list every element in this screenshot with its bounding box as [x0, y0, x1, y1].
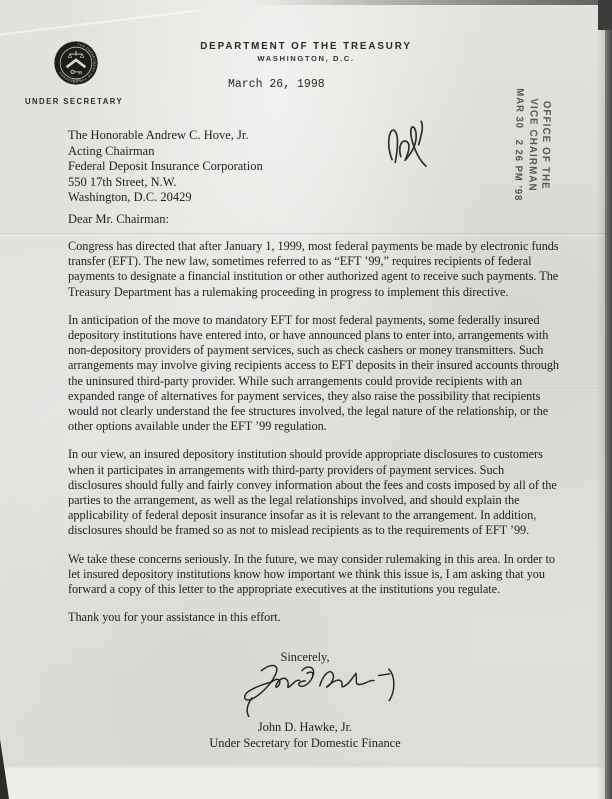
body-paragraph: In anticipation of the move to mandatory…: [68, 313, 560, 435]
department-city: WASHINGTON, D.C.: [0, 54, 612, 63]
stamp-office-line2: VICE CHAIRMAN: [525, 75, 540, 215]
scan-edge-right: [605, 0, 612, 799]
scanned-letter-page: THE DEPARTMENT OF THE TREASURY 1789 DEPA…: [0, 0, 612, 799]
recipient-address: The Honorable Andrew C. Hove, Jr. Acting…: [68, 128, 263, 206]
handwritten-initials-icon: [378, 113, 437, 184]
stamp-datetime: MAR 30 2 26 PM ’98: [510, 72, 528, 217]
signature-icon: [233, 655, 401, 717]
address-line: Federal Deposit Insurance Corporation: [68, 159, 263, 175]
scan-corner-bottom-left: [0, 739, 9, 799]
fold-crease-top: [0, 9, 199, 37]
department-title: DEPARTMENT OF THE TREASURY: [0, 41, 612, 52]
body-paragraph: In our view, an insured depository insti…: [68, 447, 560, 538]
scan-edge-top: [250, 0, 612, 5]
body-paragraph: Congress has directed that after January…: [68, 239, 560, 300]
under-secretary-label: UNDER SECRETARY: [25, 97, 123, 106]
address-line: Washington, D.C. 20429: [68, 190, 263, 206]
address-line: The Honorable Andrew C. Hove, Jr.: [68, 128, 263, 144]
signer-name: John D. Hawke, Jr.: [155, 720, 455, 735]
stamp-office-line1: OFFICE OF THE: [538, 75, 553, 215]
scan-bottom-strip: [0, 765, 605, 799]
salutation: Dear Mr. Chairman:: [68, 212, 169, 227]
signer-title: Under Secretary for Domestic Finance: [155, 736, 455, 751]
received-stamp: OFFICE OF THE VICE CHAIRMAN MAR 30 2 26 …: [505, 69, 554, 222]
seal-year-text: 1789: [72, 79, 80, 83]
scan-corner-top-right: [598, 0, 612, 30]
body-paragraph: We take these concerns seriously. In the…: [68, 552, 560, 598]
letter-date: March 26, 1998: [228, 78, 325, 91]
address-line: 550 17th Street, N.W.: [68, 175, 263, 191]
address-line: Acting Chairman: [68, 144, 263, 160]
scan-edge-shadow: [596, 0, 605, 799]
body-paragraph: Thank you for your assistance in this ef…: [68, 610, 560, 625]
letter-body: Congress has directed that after January…: [68, 239, 560, 638]
fold-crease-upper: [0, 233, 612, 236]
